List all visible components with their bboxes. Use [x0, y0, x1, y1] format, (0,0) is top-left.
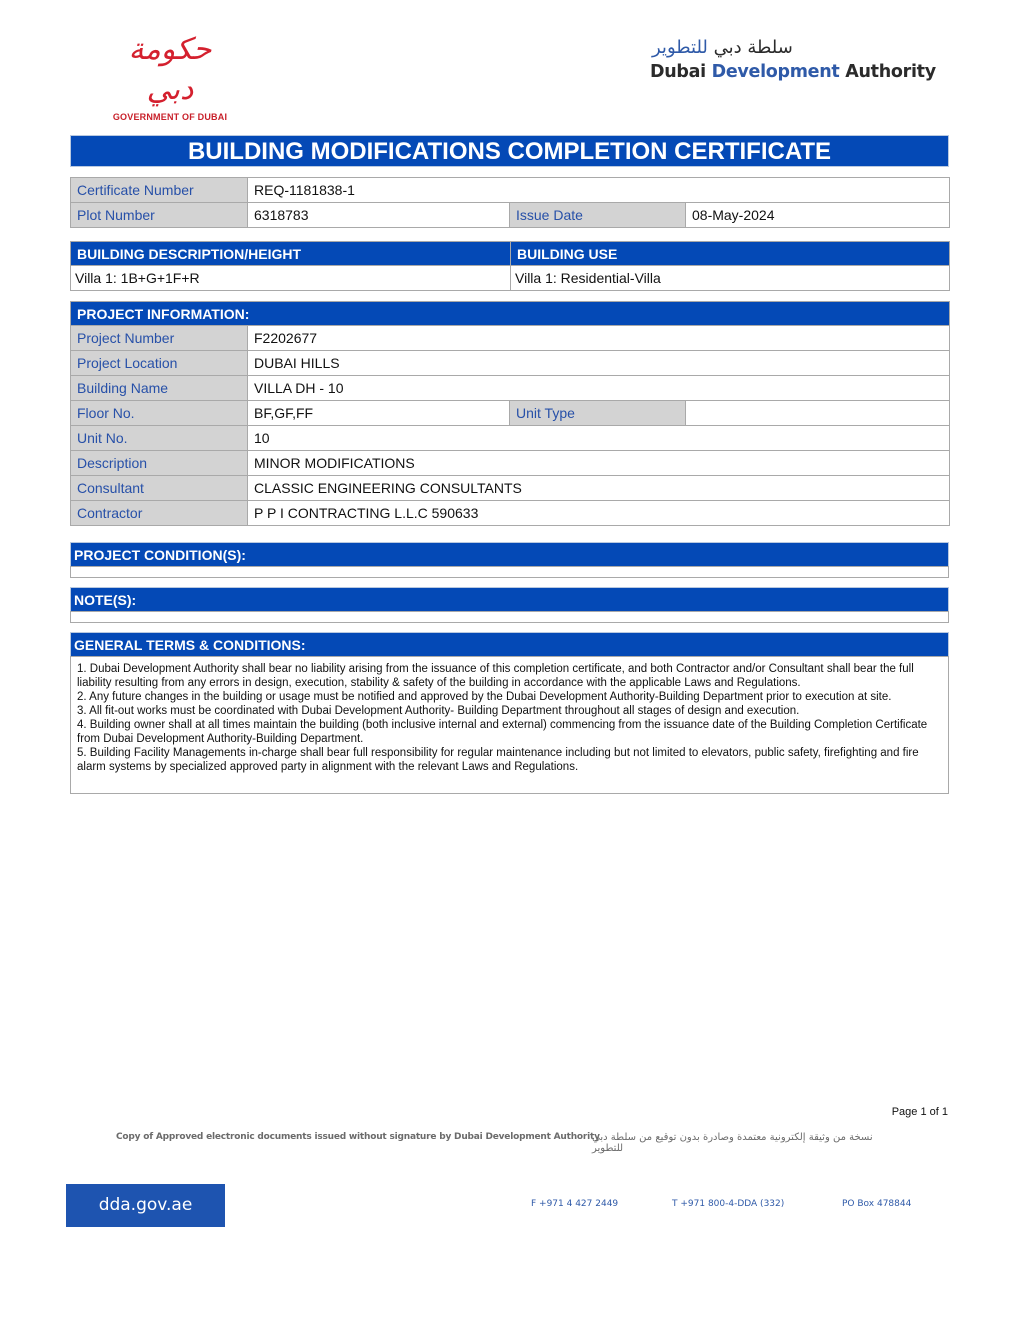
table-row: Description MINOR MODIFICATIONS [71, 451, 950, 476]
building-description-header: BUILDING DESCRIPTION/HEIGHT [71, 242, 511, 266]
project-conditions-body [70, 566, 949, 578]
project-info-table: PROJECT INFORMATION: Project Number F220… [70, 301, 950, 526]
notes-body [70, 611, 949, 623]
description-label: Description [71, 451, 248, 476]
page-number: Page 1 of 1 [892, 1106, 948, 1118]
issue-date-value: 08-May-2024 [686, 203, 950, 228]
building-use-value: Villa 1: Residential-Villa [511, 266, 950, 291]
table-row: Contractor P P I CONTRACTING L.L.C 59063… [71, 501, 950, 526]
table-row: Unit No. 10 [71, 426, 950, 451]
term-item-2: 2. Any future changes in the building or… [77, 690, 942, 704]
project-conditions-header: PROJECT CONDITION(S): [70, 542, 949, 566]
term-item-4: 4. Building owner shall at all times mai… [77, 718, 942, 746]
contractor-label: Contractor [71, 501, 248, 526]
table-row: Building Name VILLA DH - 10 [71, 376, 950, 401]
building-table: BUILDING DESCRIPTION/HEIGHT BUILDING USE… [70, 241, 950, 291]
government-of-dubai-logo: حكومة دبي GOVERNMENT OF DUBAI [108, 30, 232, 88]
unit-no-value: 10 [248, 426, 950, 451]
contractor-value: P P I CONTRACTING L.L.C 590633 [248, 501, 950, 526]
dda-logo-arabic-part2: للتطوير [652, 37, 708, 58]
certificate-number-value: REQ-1181838-1 [248, 178, 950, 203]
po-box: PO Box 478844 [842, 1199, 911, 1209]
table-row: Project Number F2202677 [71, 326, 950, 351]
telephone-number: T +971 800-4-DDA (332) [672, 1199, 784, 1209]
dda-logo-arabic: سلطة دبي للتطوير [650, 38, 920, 58]
table-row: Consultant CLASSIC ENGINEERING CONSULTAN… [71, 476, 950, 501]
unit-type-value [686, 401, 950, 426]
table-row: Project Location DUBAI HILLS [71, 351, 950, 376]
building-name-value: VILLA DH - 10 [248, 376, 950, 401]
term-item-5: 5. Building Facility Managements in-char… [77, 746, 942, 774]
unit-no-label: Unit No. [71, 426, 248, 451]
general-terms-body: 1. Dubai Development Authority shall bea… [70, 656, 949, 794]
building-name-label: Building Name [71, 376, 248, 401]
building-description-value: Villa 1: 1B+G+1F+R [71, 266, 511, 291]
project-location-value: DUBAI HILLS [248, 351, 950, 376]
plot-number-label: Plot Number [71, 203, 248, 228]
floor-no-value: BF,GF,FF [248, 401, 510, 426]
dda-logo-word-development: Development [712, 62, 840, 82]
project-number-value: F2202677 [248, 326, 950, 351]
website-link[interactable]: dda.gov.ae [66, 1184, 225, 1227]
project-location-label: Project Location [71, 351, 248, 376]
dda-logo-arabic-part1: سلطة دبي [714, 37, 793, 58]
term-item-1: 1. Dubai Development Authority shall bea… [77, 662, 942, 690]
table-row: Floor No. BF,GF,FF Unit Type [71, 401, 950, 426]
certificate-number-label: Certificate Number [71, 178, 248, 203]
gov-logo-latin: GOVERNMENT OF DUBAI [108, 112, 232, 122]
footer-note-english: Copy of Approved electronic documents is… [116, 1132, 600, 1142]
notes-header: NOTE(S): [70, 587, 949, 611]
certificate-info-table: Certificate Number REQ-1181838-1 Plot Nu… [70, 177, 950, 228]
description-value: MINOR MODIFICATIONS [248, 451, 950, 476]
issue-date-label: Issue Date [510, 203, 686, 228]
unit-type-label: Unit Type [510, 401, 686, 426]
table-row: Villa 1: 1B+G+1F+R Villa 1: Residential-… [71, 266, 950, 291]
dda-logo-word-dubai: Dubai [650, 62, 712, 82]
project-info-header: PROJECT INFORMATION: [71, 302, 950, 326]
floor-no-label: Floor No. [71, 401, 248, 426]
dda-logo-latin: Dubai Development Authority [650, 62, 920, 82]
fax-number: F +971 4 427 2449 [531, 1199, 618, 1209]
dda-logo-word-authority: Authority [839, 62, 935, 82]
plot-number-value: 6318783 [248, 203, 510, 228]
term-item-3: 3. All fit-out works must be coordinated… [77, 704, 942, 718]
consultant-value: CLASSIC ENGINEERING CONSULTANTS [248, 476, 950, 501]
building-use-header: BUILDING USE [511, 242, 950, 266]
dda-logo: سلطة دبي للتطوير Dubai Development Autho… [650, 38, 920, 88]
table-row: Plot Number 6318783 Issue Date 08-May-20… [71, 203, 950, 228]
project-number-label: Project Number [71, 326, 248, 351]
certificate-title: BUILDING MODIFICATIONS COMPLETION CERTIF… [70, 135, 949, 167]
table-row: Certificate Number REQ-1181838-1 [71, 178, 950, 203]
footer-note-arabic: نسخة من وثيقة إلكترونية معتمدة وصادرة بد… [592, 1132, 904, 1154]
table-header-row: BUILDING DESCRIPTION/HEIGHT BUILDING USE [71, 242, 950, 266]
consultant-label: Consultant [71, 476, 248, 501]
table-header-row: PROJECT INFORMATION: [71, 302, 950, 326]
general-terms-header: GENERAL TERMS & CONDITIONS: [70, 632, 949, 656]
gov-logo-arabic: حكومة دبي [108, 30, 232, 110]
